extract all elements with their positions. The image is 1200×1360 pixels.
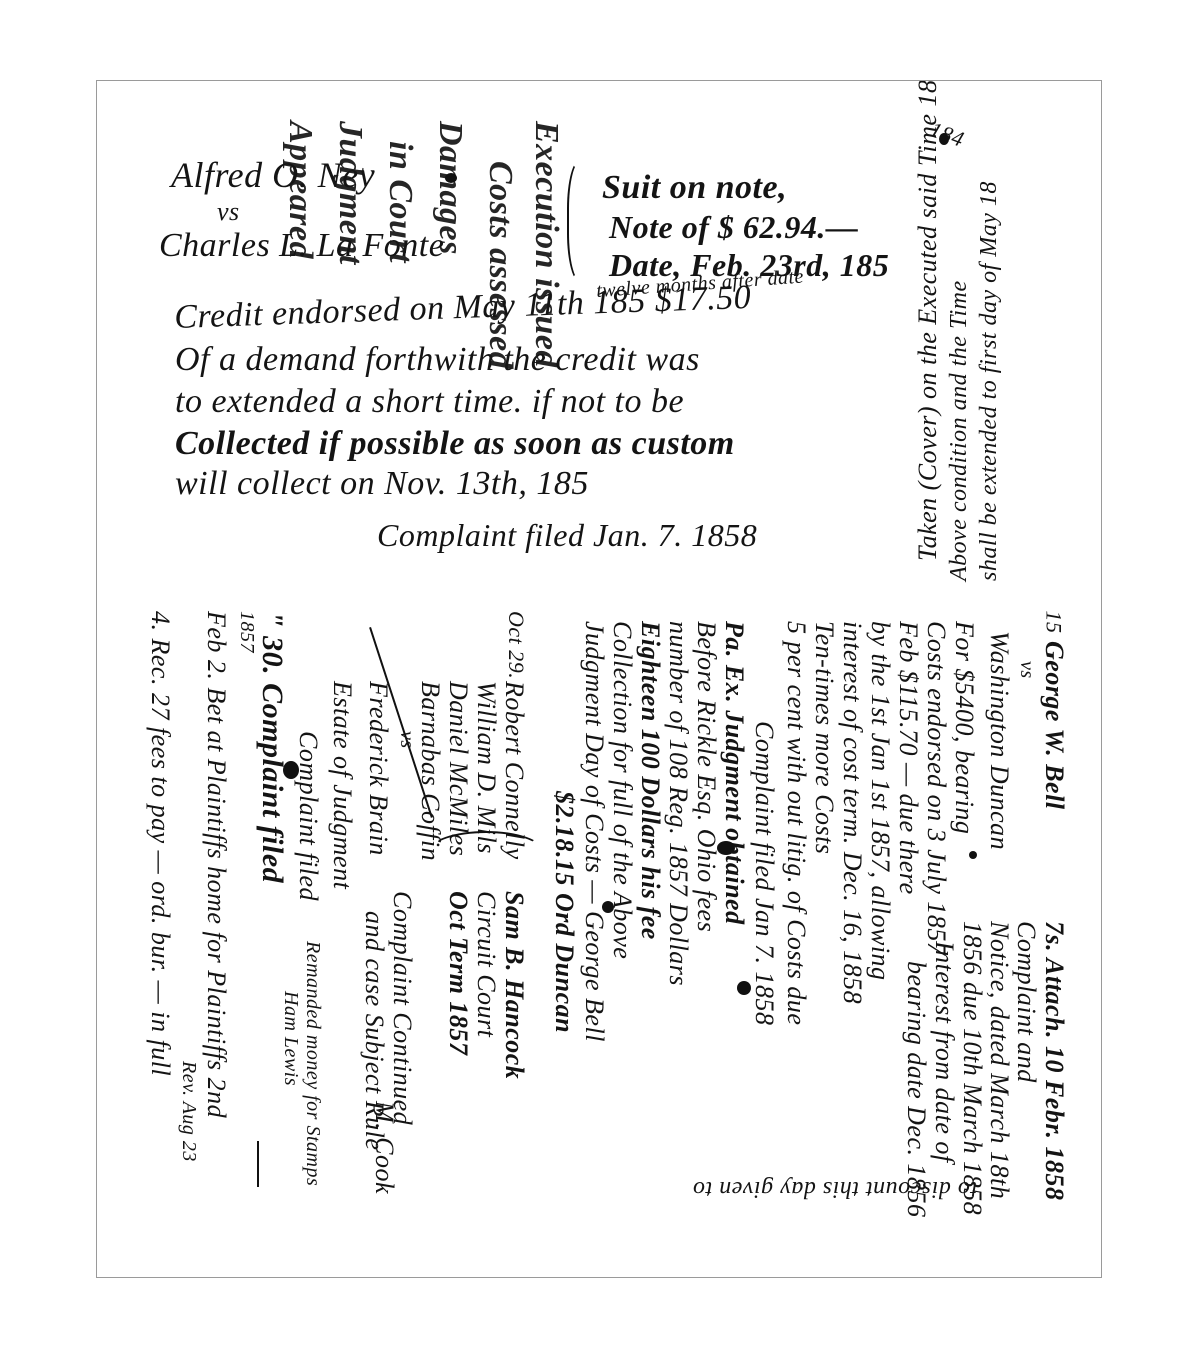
vertical-overlay-6: Execution issued [529, 121, 563, 368]
brace-flourish [567, 159, 601, 283]
note-amount: Note of $ 62.94.— [609, 211, 858, 243]
col1-line-11: Complaint filed Jan 7. 1858 [751, 721, 777, 1026]
body-line-1: Credit endorsed on May 11th 185 $17.50 [174, 281, 752, 335]
col1-line-1: George W. Bell [1041, 641, 1067, 810]
col2-line-2: Before Rickle Esq. Ohio fees [693, 621, 719, 932]
col3r-line-2: Circuit Court [473, 891, 499, 1037]
col1r-line-5: Interest from date of [931, 941, 957, 1163]
col3r-line-7: Ham Lewis [281, 991, 301, 1086]
suit-title: Suit on note, [602, 171, 787, 205]
col1r-line-4: 1856 due 10th March 1858 [959, 921, 985, 1215]
col3-date: Oct 29. [505, 611, 527, 679]
body-line-2: Of a demand forthwith the credit was [175, 343, 700, 377]
col1-line-8: interest of cost term. Dec. 16, 1858 [839, 621, 865, 1004]
lower-document: 15 George W. Bell vs Washington Duncan F… [97, 601, 1102, 1278]
upside-down-line: to discount this day given to [693, 1177, 977, 1201]
vertical-overlay-1: Appeared [283, 121, 317, 259]
col3-line-2: William D. Mils [473, 681, 499, 854]
vertical-overlay-2: Judgment [333, 121, 367, 265]
margin-vertical-2: Above condition and the Time [947, 280, 971, 581]
col1r-line-2: Complaint and [1013, 921, 1039, 1083]
col4-line-2: Feb 2. Bet at Plaintiffs home for Plaint… [203, 611, 229, 1118]
col3-line-3: Daniel McMiles [445, 681, 471, 856]
col1-line-10: 5 per cent with out litig. of Costs due [783, 621, 809, 1025]
upper-document: Alfred O. Ney vs Charles L. La Fonte Sui… [97, 81, 1102, 601]
margin-vertical-3: shall be extended to first day of May 18 [977, 181, 1001, 581]
page-number: 15 [1043, 611, 1065, 634]
col3-line-6: Estate of Judgment [329, 681, 355, 889]
body-line-3: to extended a short time. if not to be [175, 385, 684, 419]
col3-line-7: Complaint filed [295, 731, 321, 901]
document-frame: Alfred O. Ney vs Charles L. La Fonte Sui… [96, 80, 1102, 1278]
col1-line-3: Washington Duncan [986, 631, 1012, 850]
versus-label: vs [217, 199, 240, 225]
vertical-overlay-5: Costs assessed [483, 161, 517, 369]
col4-year: 1857 [237, 611, 257, 653]
margin-vertical-1: Taken (Cover) on the Executed said Time … [915, 80, 941, 561]
ink-blot [445, 173, 457, 183]
ink-blot [283, 761, 299, 779]
col1-line-4: For $5400, bearing [951, 621, 977, 834]
col1-line-9: Ten-times more Costs [811, 621, 837, 854]
col3r-line-6: Remanded money for Stamps [303, 941, 323, 1186]
col3-line-5: Frederick Brain [365, 681, 391, 856]
col2-line-6: Judgment Day of Costs — George Bell [581, 621, 607, 1042]
ink-blot [969, 851, 977, 859]
vertical-overlay-3: in Court [383, 141, 417, 263]
col2-line-1: Pa. Ex. Judgment obtained [721, 621, 747, 925]
brace-flourish [429, 831, 543, 871]
filed-line: Complaint filed Jan. 7. 1858 [377, 519, 757, 551]
ink-blot [939, 133, 949, 145]
ink-blot [737, 981, 751, 995]
underline-rule [257, 1141, 259, 1187]
col3r-line-4: Complaint Continued [389, 891, 415, 1125]
col3r-line-3: Oct Term 1857 [445, 891, 471, 1055]
col2-footer: $2.18.15 Ord Duncan [551, 791, 577, 1033]
col4-line-1: " 30. Complaint filed [257, 611, 287, 883]
col3r-signature: M. Cook [371, 1101, 397, 1194]
col1-line-5: Costs endorsed on 3 July 1857 [923, 621, 949, 955]
vertical-overlay-4: Damages [433, 121, 467, 255]
col3r-line-1: Sam B. Hancock [501, 891, 527, 1079]
body-line-4: Collected if possible as soon as custom [175, 427, 735, 461]
col4-line-3: Rev. Aug 23 [179, 1061, 199, 1162]
body-line-5: will collect on Nov. 13th, 185 [175, 467, 589, 501]
col1r-line-1: 7s. Attach. 10 Febr. 1858 [1041, 921, 1067, 1201]
col2-line-3: number of 108 Reg. 1857 Dollars [665, 621, 691, 986]
col1-line-6: Feb $115.70 — due there [895, 621, 921, 895]
ink-blot [602, 901, 614, 913]
col3-versus: vs [397, 731, 417, 749]
col1-line-2: vs [1017, 661, 1037, 679]
col1r-line-3: Notice, dated March 18th [986, 921, 1012, 1199]
col2-line-4: Eighteen 100 Dollars his fee [637, 621, 663, 940]
col3-line-4: Barnabas Coffin [417, 681, 443, 861]
col1-line-7: by the 1st Jan 1st 1857, allowing [867, 621, 893, 981]
col4-line-4: 4. Rec. 27 fees to pay — ord. bur. — in … [147, 611, 173, 1076]
ink-blot [717, 841, 735, 855]
